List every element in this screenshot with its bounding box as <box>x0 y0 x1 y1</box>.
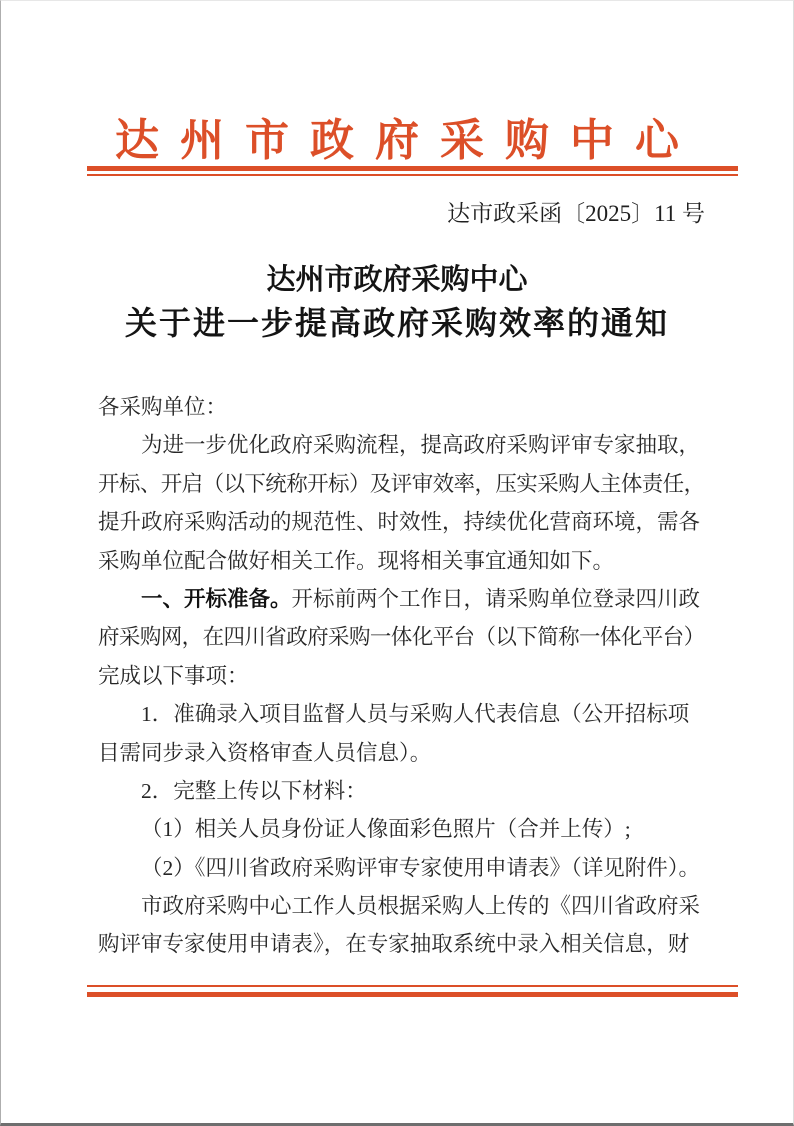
body-line: 提升政府采购活动的规范性、时效性，持续优化营商环境，需各 <box>98 503 705 541</box>
body-line: 采购单位配合做好相关工作。现将相关事宜通知如下。 <box>98 542 705 580</box>
body: 各采购单位：为进一步优化政府采购流程，提高政府采购评审专家抽取，开标、开启（以下… <box>98 388 705 964</box>
footer-rule-thin <box>87 985 738 987</box>
body-line: （1）相关人员身份证人像面彩色照片（合并上传）; <box>98 810 705 848</box>
body-line: 市政府采购中心工作人员根据采购人上传的《四川省政府采 <box>98 887 705 925</box>
notice-title-line2: 关于进一步提高政府采购效率的通知 <box>1 298 793 344</box>
section-heading: 一、开标准备。 <box>141 587 292 611</box>
body-line: 完成以下事项： <box>98 657 705 695</box>
footer-rule-thick <box>87 992 738 997</box>
body-line: （2）《四川省政府采购评审专家使用申请表》（详见附件）。 <box>98 849 705 887</box>
body-line: 2．完整上传以下材料： <box>98 772 705 810</box>
body-line: 开标、开启（以下统称开标）及评审效率，压实采购人主体责任， <box>98 465 705 503</box>
body-line: 一、开标准备。开标前两个工作日，请采购单位登录四川政 <box>98 580 705 618</box>
letterhead-rule-thick <box>87 166 738 171</box>
notice-title-line1: 达州市政府采购中心 <box>1 257 793 298</box>
body-line: 为进一步优化政府采购流程，提高政府采购评审专家抽取， <box>98 426 705 464</box>
body-line: 1．准确录入项目监督人员与采购人代表信息（公开招标项 <box>98 695 705 733</box>
body-line: 购评审专家使用申请表》，在专家抽取系统中录入相关信息，财 <box>98 925 705 963</box>
document-number: 达市政采函〔2025〕11 号 <box>447 195 705 228</box>
letterhead-title: 达州市政府采购中心 <box>1 104 793 168</box>
body-line: 各采购单位： <box>98 388 705 426</box>
body-line: 府采购网，在四川省政府采购一体化平台（以下简称一体化平台） <box>98 618 705 656</box>
body-line: 目需同步录入资格审查人员信息）。 <box>98 734 705 772</box>
document-page: 达州市政府采购中心 达市政采函〔2025〕11 号 达州市政府采购中心 关于进一… <box>0 0 794 1126</box>
letterhead-rule-thin <box>87 174 738 176</box>
